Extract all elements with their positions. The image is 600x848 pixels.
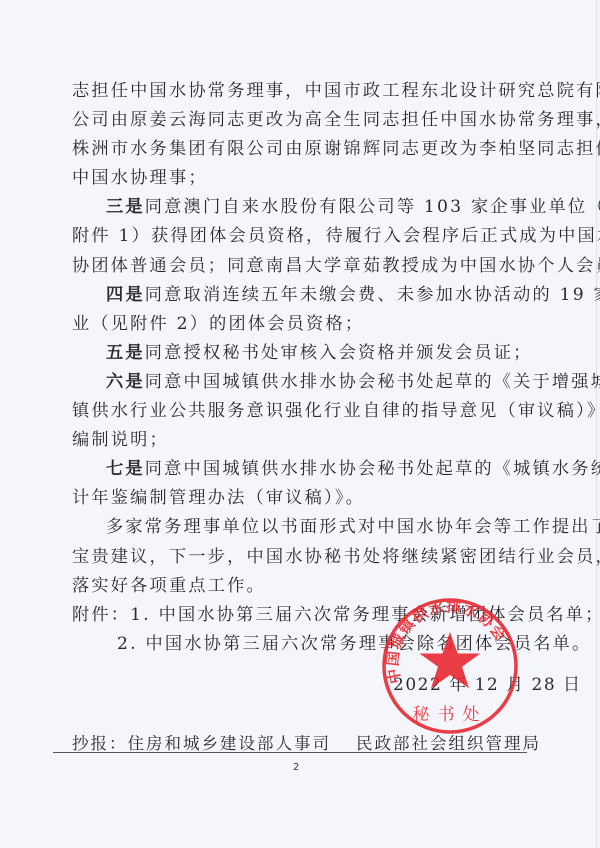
attachment-item-1: 附件：1. 中国水协第三届六次常务理事会新增团体会员名单； <box>72 601 542 630</box>
resolution-item-7: 七是同意中国城镇供水排水协会秘书处起草的《城镇水务统 <box>72 455 542 484</box>
attachments-label: 附件： <box>72 605 130 625</box>
text-line: 计年鉴编制管理办法（审议稿）》。 <box>72 484 542 513</box>
resolution-item-6: 六是同意中国城镇供水排水协会秘书处起草的《关于增强城 <box>72 368 542 397</box>
page-number: 2 <box>293 762 299 773</box>
cc-line: 抄报：住房和城乡建设部人事司 民政部社会组织管理局 <box>72 730 532 754</box>
resolution-item-4: 四是同意取消连续五年未缴会费、未参加水协活动的 19 家企 <box>72 281 542 310</box>
item-text: 同意中国城镇供水排水协会秘书处起草的《关于增强城 <box>145 372 600 392</box>
item-label: 四是 <box>106 285 145 305</box>
item-label: 六是 <box>106 372 145 392</box>
text-line: 业（见附件 2）的团体会员资格； <box>72 310 542 339</box>
item-label: 三是 <box>106 197 145 217</box>
item-text: 同意授权秘书处审核入会资格并颁发会员证； <box>145 343 533 363</box>
closing-paragraph: 多家常务理事单位以书面形式对中国水协年会等工作提出了 <box>72 513 542 542</box>
item-text: 同意中国城镇供水排水协会秘书处起草的《城镇水务统 <box>145 459 600 479</box>
text-line: 株洲市水务集团有限公司由原谢锦辉同志更改为李柏坚同志担任 <box>72 135 542 164</box>
attachment-title: 1. 中国水协第三届六次常务理事会新增团体会员名单； <box>130 605 600 625</box>
item-text: 同意取消连续五年未缴会费、未参加水协活动的 19 家企 <box>145 285 600 305</box>
text-line: 公司由原姜云海同志更改为高全生同志担任中国水协常务理事， <box>72 106 542 135</box>
text-line: 附件 1）获得团体会员资格，待履行入会程序后正式成为中国水 <box>72 222 542 251</box>
text-line: 协团体普通会员；同意南昌大学章茹教授成为中国水协个人会员； <box>72 252 542 281</box>
item-label: 七是 <box>106 459 145 479</box>
text-line: 中国水协理事； <box>72 164 542 193</box>
svg-text:秘书处: 秘书处 <box>413 705 488 725</box>
document-page: 志担任中国水协常务理事，中国市政工程东北设计研究总院有限 公司由原姜云海同志更改… <box>0 0 597 848</box>
cc-label: 抄报： <box>72 734 128 753</box>
document-body: 志担任中国水协常务理事，中国市政工程东北设计研究总院有限 公司由原姜云海同志更改… <box>72 77 542 659</box>
cc-recipient: 民政部社会组织管理局 <box>356 730 541 754</box>
attachment-item-2: 2. 中国水协第三届六次常务理事会除名团体会员名单。 <box>72 630 542 659</box>
footer-divider <box>53 752 527 753</box>
resolution-item-5: 五是同意授权秘书处审核入会资格并颁发会员证； <box>72 339 542 368</box>
text-line: 志担任中国水协常务理事，中国市政工程东北设计研究总院有限 <box>72 77 542 106</box>
cc-recipient: 住房和城乡建设部人事司 <box>128 734 332 753</box>
text-line: 落实好各项重点工作。 <box>72 572 542 601</box>
document-date: 2022 年 12 月 28 日 <box>393 670 582 695</box>
resolution-item-3: 三是同意澳门自来水股份有限公司等 103 家企事业单位（见 <box>72 193 542 222</box>
text-line: 宝贵建议，下一步，中国水协秘书处将继续紧密团结行业会员， <box>72 543 542 572</box>
text-line: 镇供水行业公共服务意识强化行业自律的指导意见（审议稿）》及 <box>72 397 542 426</box>
item-label: 五是 <box>106 343 145 363</box>
item-text: 同意澳门自来水股份有限公司等 103 家企事业单位（见 <box>145 197 600 217</box>
text-line: 编制说明； <box>72 426 542 455</box>
